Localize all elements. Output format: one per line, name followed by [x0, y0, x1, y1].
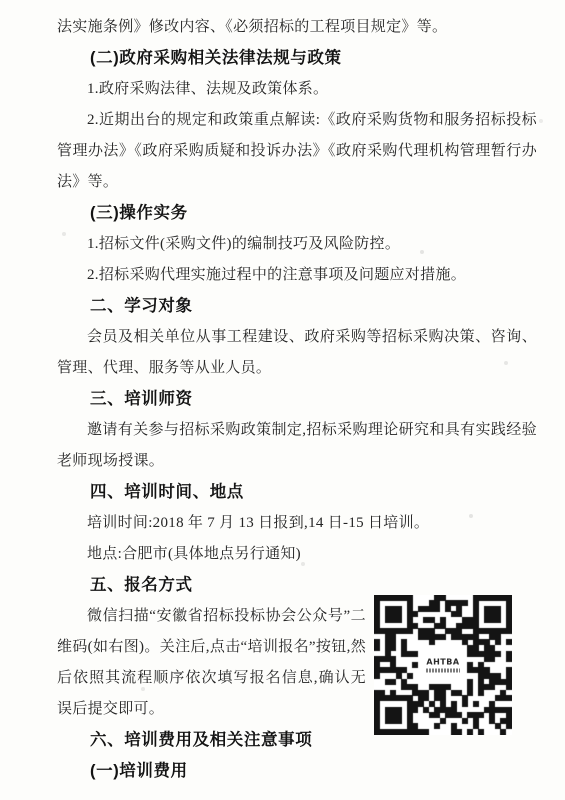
section-heading: (一)培训费用	[57, 756, 537, 787]
wechat-qr-code: AHTBA	[374, 595, 512, 735]
paragraph-text: (一)培训费用	[90, 762, 188, 780]
paragraph-text: 1.政府采购法律、法规及政策体系。	[87, 81, 328, 97]
paragraph-text: 二、学习对象	[90, 297, 193, 315]
paragraph: 1.招标文件(采购文件)的编制技巧及风险防控。	[57, 229, 537, 260]
paragraph-text: 地点:合肥市(具体地点另行通知)	[87, 546, 301, 562]
document-body: 法实施条例》修改内容、《必须招标的工程项目规定》等。(二)政府采购相关法律法规与…	[0, 0, 565, 800]
section-heading: 三、培训师资	[57, 384, 537, 415]
paragraph-text: 四、培训时间、地点	[90, 483, 244, 501]
paragraph-text: 六、培训费用及相关注意事项	[90, 731, 312, 749]
paragraph: 2.招标采购代理实施过程中的注意事项及问题应对措施。	[57, 260, 537, 291]
paragraph: 1.政府采购法律、法规及政策体系。	[57, 74, 537, 105]
section-heading: 四、培训时间、地点	[57, 477, 537, 508]
scan-speckles	[0, 0, 2, 2]
paragraph-text: 1.招标文件(采购文件)的编制技巧及风险防控。	[87, 236, 400, 252]
paragraph-text: 培训时间:2018 年 7 月 13 日报到,14 日-15 日培训。	[87, 515, 429, 531]
paragraph-text: 2.近期出台的规定和政策重点解读:《政府采购货物和服务招标投标管理办法》《政府采…	[57, 112, 537, 190]
paragraph: 培训时间:2018 年 7 月 13 日报到,14 日-15 日培训。	[57, 508, 537, 539]
paragraph: AHTBA微信扫描“安徽省招标投标协会公众号”二维码(如右图)。关注后,点击“培…	[57, 601, 537, 725]
paragraph: 2.近期出台的规定和政策重点解读:《政府采购货物和服务招标投标管理办法》《政府采…	[57, 105, 537, 198]
section-heading: 二、学习对象	[57, 291, 537, 322]
paragraph: 法实施条例》修改内容、《必须招标的工程项目规定》等。	[57, 12, 537, 43]
paragraph-text: 微信扫描“安徽省招标投标协会公众号”二维码(如右图)。关注后,点击“培训报名”按…	[57, 608, 366, 717]
paragraph: 会员及相关单位从事工程建设、政府采购等招标采购决策、咨询、管理、代理、服务等从业…	[57, 322, 537, 384]
qr-center-label: AHTBA	[426, 658, 460, 667]
paragraph-text: 2.招标采购代理实施过程中的注意事项及问题应对措施。	[87, 267, 466, 283]
paragraph: 地点:合肥市(具体地点另行通知)	[57, 539, 537, 570]
qr-center-logo: AHTBA	[423, 656, 463, 675]
section-heading: (三)操作实务	[57, 198, 537, 229]
scanned-notice-page: 法实施条例》修改内容、《必须招标的工程项目规定》等。(二)政府采购相关法律法规与…	[0, 0, 565, 800]
paragraph-text: 法实施条例》修改内容、《必须招标的工程项目规定》等。	[57, 19, 447, 35]
qr-center-sublabel	[426, 669, 460, 673]
paragraph-text: 邀请有关参与招标采购政策制定,招标采购理论研究和具有实践经验老师现场授课。	[57, 422, 537, 469]
paragraph-text: (三)操作实务	[90, 204, 188, 222]
paragraph-text: 会员及相关单位从事工程建设、政府采购等招标采购决策、咨询、管理、代理、服务等从业…	[57, 329, 537, 376]
section-heading: (二)政府采购相关法律法规与政策	[57, 43, 537, 74]
paragraph-text: 三、培训师资	[90, 390, 193, 408]
paragraph: 邀请有关参与招标采购政策制定,招标采购理论研究和具有实践经验老师现场授课。	[57, 415, 537, 477]
paragraph-text: 五、报名方式	[90, 576, 193, 594]
paragraph-text: (二)政府采购相关法律法规与政策	[90, 49, 342, 67]
